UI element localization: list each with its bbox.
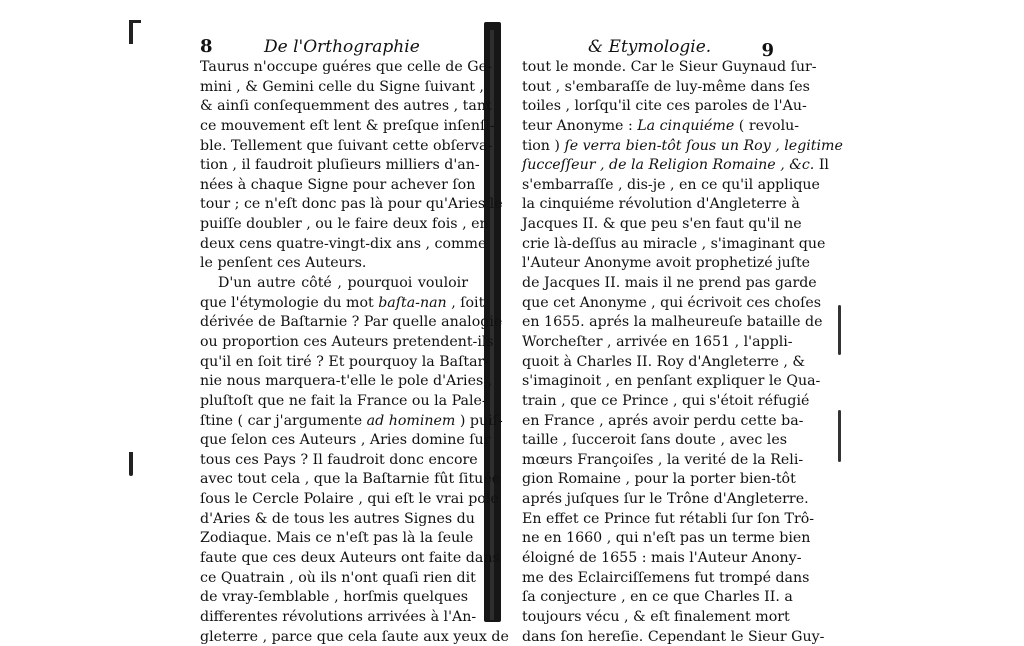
- text-line: l'Auteur Anonyme avoit prophetizé juſte: [522, 254, 774, 274]
- text-line: de Jacques II. mais il ne prend pas gard…: [522, 274, 774, 294]
- text-line: me des Eclairciſſemens fut trompé dans: [522, 569, 774, 589]
- text-line: en 1655. aprés la malheureuſe bataille d…: [522, 313, 774, 333]
- text-line: avec tout cela , que la Baſtarnie fût ſi…: [200, 470, 468, 490]
- text-line: en France , aprés avoir perdu cette ba-: [522, 412, 774, 432]
- text-line: tout , s'embaraſſe de luy-même dans ſes: [522, 78, 774, 98]
- text-line: ſucceſſeur , de la Religion Romaine , &c…: [522, 156, 774, 176]
- right-page-body: tout le monde. Car le Sieur Guynaud ſur-…: [522, 58, 774, 646]
- text-line: s'imaginoit , en penſant expliquer le Qu…: [522, 372, 774, 392]
- scan-edge-mark: [129, 20, 133, 44]
- right-page: & Etymologie. 9 tout le monde. Car le Si…: [522, 36, 774, 646]
- italic-phrase: ſucceſſeur , de la Religion Romaine , &c…: [522, 157, 814, 173]
- text-line: dans ſon hereſie. Cependant le Sieur Guy…: [522, 628, 774, 646]
- running-head-title: De l'Orthographie: [264, 36, 420, 58]
- text-line: de vray-ſemblable , horſmis quelques: [200, 588, 468, 608]
- right-running-head: & Etymologie. 9: [522, 36, 774, 58]
- text-line: deux cens quatre-vingt-dix ans , comme: [200, 235, 468, 255]
- text-line: differentes révolutions arrivées à l'An-: [200, 608, 468, 628]
- text-line: d'Aries & de tous les autres Signes du: [200, 510, 468, 530]
- text-line: ou proportion ces Auteurs pretendent-ils: [200, 333, 468, 353]
- text-line: que ſelon ces Auteurs , Aries domine ſur: [200, 431, 468, 451]
- italic-phrase: La cinquiéme: [637, 118, 734, 134]
- text-line: puiſſe doubler , ou le faire deux fois ,…: [200, 215, 468, 235]
- text-line: tout le monde. Car le Sieur Guynaud ſur-: [522, 58, 774, 78]
- text-line: toiles , lorſqu'il cite ces paroles de l…: [522, 97, 774, 117]
- scan-edge-mark: [838, 410, 841, 462]
- text-line: Jacques II. & que peu s'en faut qu'il ne: [522, 215, 774, 235]
- text-line: s'embarraſſe , dis-je , en ce qu'il appl…: [522, 176, 774, 196]
- text-line: éloigné de 1655 : mais l'Auteur Anony-: [522, 549, 774, 569]
- text-line: que cet Anonyme , qui écrivoit ces choſe…: [522, 294, 774, 314]
- text-line: quoit à Charles II. Roy d'Angleterre , &: [522, 353, 774, 373]
- text-line: mini , & Gemini celle du Signe ſuivant ,: [200, 78, 468, 98]
- text-line: ce mouvement eſt lent & preſque inſenſi-: [200, 117, 468, 137]
- left-page: 8 De l'Orthographie Taurus n'occupe guér…: [200, 36, 468, 646]
- text-line: nées à chaque Signe pour achever ſon: [200, 176, 468, 196]
- text-line: mœurs Françoiſes , la verité de la Reli-: [522, 451, 774, 471]
- text-line: crie là-deſſus au miracle , s'imaginant …: [522, 235, 774, 255]
- page-number: 9: [761, 40, 774, 62]
- text-line: tion ) ſe verra bien-tôt ſous un Roy , l…: [522, 137, 774, 157]
- text-line: D'un autre côté , pourquoi vouloir: [200, 274, 468, 294]
- text-line: Zodiaque. Mais ce n'eſt pas là la ſeule: [200, 529, 468, 549]
- left-page-body: Taurus n'occupe guéres que celle de Ge- …: [200, 58, 468, 646]
- book-spread: 8 De l'Orthographie Taurus n'occupe guér…: [0, 0, 1024, 646]
- text-line: ſtine ( car j'argumente ad hominem ) pui…: [200, 412, 468, 432]
- text-line: train , que ce Prince , qui s'étoit réfu…: [522, 392, 774, 412]
- text-line: nie nous marquera-t'elle le pole d'Aries…: [200, 372, 468, 392]
- italic-phrase: ad hominem: [367, 413, 456, 429]
- text-line: ble. Tellement que ſuivant cette obſerva…: [200, 137, 468, 157]
- text-line: gleterre , parce que cela ſaute aux yeux…: [200, 628, 468, 646]
- text-line: aprés juſques ſur le Trône d'Angleterre.: [522, 490, 774, 510]
- running-head-title: & Etymologie.: [588, 36, 711, 58]
- text-line: ne en 1660 , qui n'eſt pas un terme bien: [522, 529, 774, 549]
- text-line: Taurus n'occupe guéres que celle de Ge-: [200, 58, 468, 78]
- text-line: gion Romaine , pour la porter bien-tôt: [522, 470, 774, 490]
- text-line: dérivée de Baſtarnie ? Par quelle analog…: [200, 313, 468, 333]
- text-line: que l'étymologie du mot baſta-nan , ſoit: [200, 294, 468, 314]
- page-number: 8: [200, 36, 213, 58]
- text-line: En effet ce Prince fut rétabli ſur ſon T…: [522, 510, 774, 530]
- text-line: taille , ſucceroit ſans doute , avec les: [522, 431, 774, 451]
- text-line: ſous le Cercle Polaire , qui eſt le vrai…: [200, 490, 468, 510]
- text-line: toujours vécu , & eſt finalement mort: [522, 608, 774, 628]
- text-line: qu'il en ſoit tiré ? Et pourquoy la Baſt…: [200, 353, 468, 373]
- italic-phrase: baſta-nan: [378, 295, 446, 311]
- text-line: ſa conjecture , en ce que Charles II. a: [522, 588, 774, 608]
- text-line: la cinquiéme révolution d'Angleterre à: [522, 195, 774, 215]
- text-line: pluſtoſt que ne fait la France ou la Pal…: [200, 392, 468, 412]
- text-line: le penſent ces Auteurs.: [200, 254, 468, 274]
- text-line: ce Quatrain , où ils n'ont quaſi rien di…: [200, 569, 468, 589]
- text-line: teur Anonyme : La cinquiéme ( revolu-: [522, 117, 774, 137]
- text-line: & ainſi conſequemment des autres , tant: [200, 97, 468, 117]
- text-line: faute que ces deux Auteurs ont faite dan…: [200, 549, 468, 569]
- text-line: tion , il faudroit pluſieurs milliers d'…: [200, 156, 468, 176]
- scan-edge-mark: [129, 452, 133, 476]
- italic-phrase: ſe verra bien-tôt ſous un Roy , legitime: [564, 138, 842, 154]
- text-line: tour ; ce n'eſt donc pas là pour qu'Arie…: [200, 195, 468, 215]
- left-running-head: 8 De l'Orthographie: [200, 36, 468, 58]
- text-line: Worcheſter , arrivée en 1651 , l'appli-: [522, 333, 774, 353]
- text-line: tous ces Pays ? Il faudroit donc encore: [200, 451, 468, 471]
- scan-edge-mark: [838, 305, 841, 355]
